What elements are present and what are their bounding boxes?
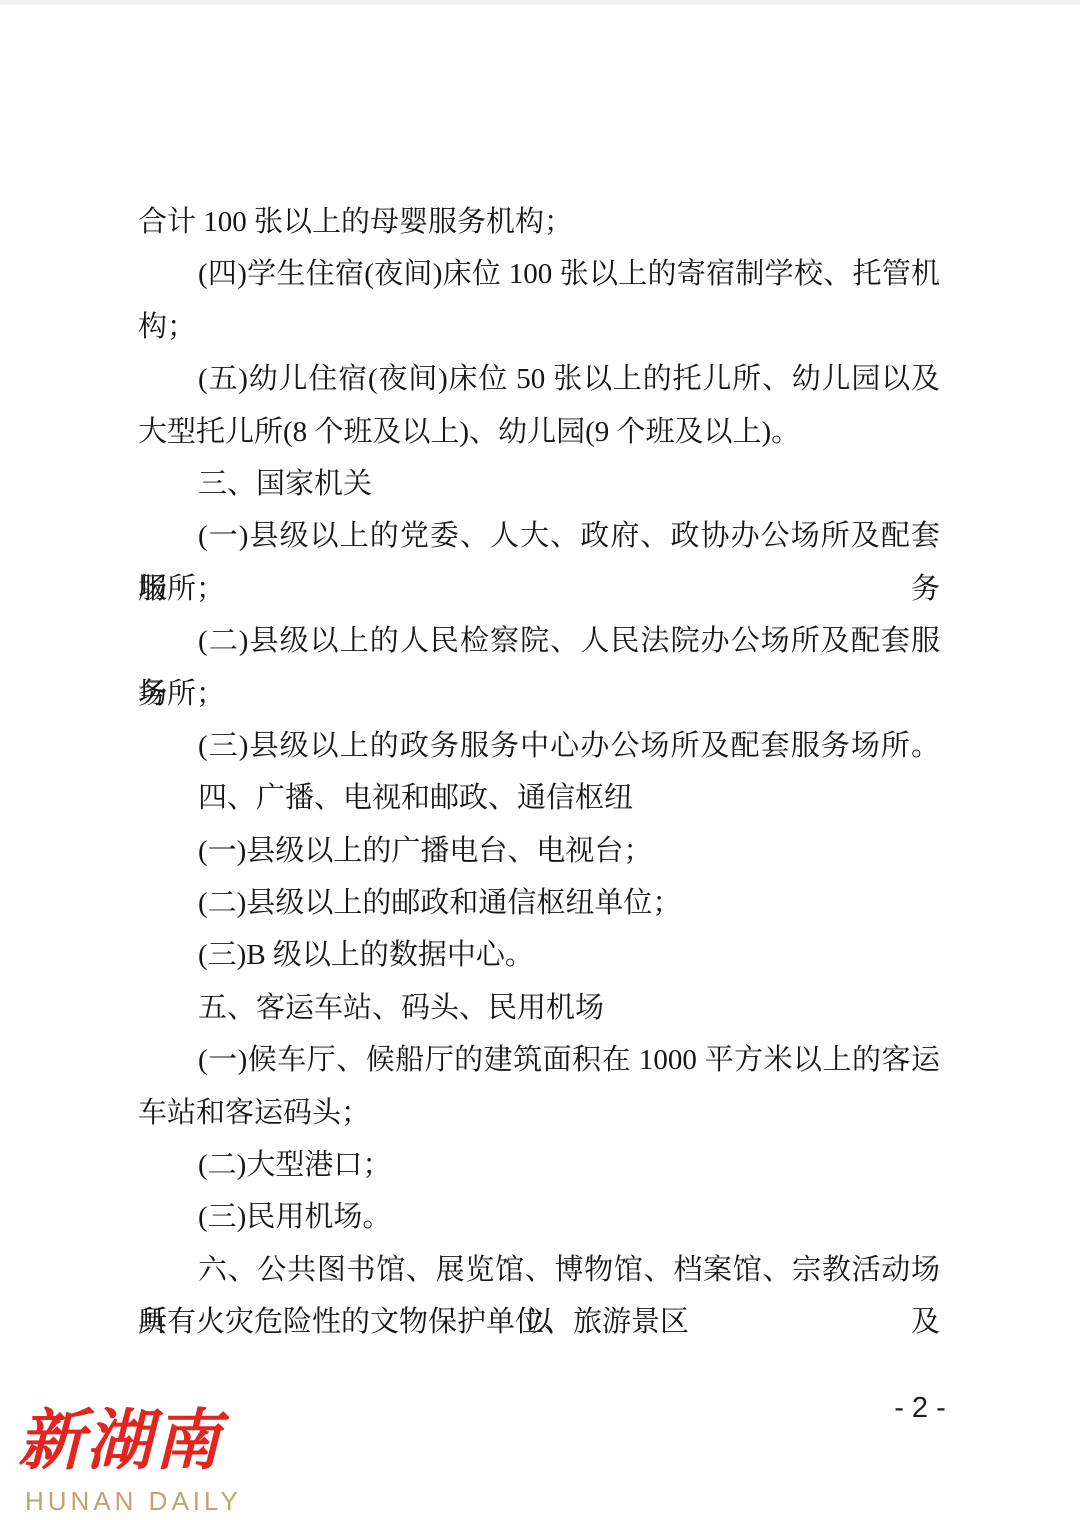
- text-line: (四)学生住宿(夜间)床位 100 张以上的寄宿制学校、托管机: [138, 248, 940, 300]
- text-line: 三、国家机关: [138, 458, 940, 510]
- text-line: 大型托儿所(8 个班及以上)、幼儿园(9 个班及以上)。: [138, 406, 940, 458]
- text-line: (一)候车厅、候船厅的建筑面积在 1000 平方米以上的客运: [138, 1034, 940, 1086]
- text-line: (三)县级以上的政务服务中心办公场所及配套服务场所。: [138, 720, 940, 772]
- hunan-daily-logo-subtitle: HUNAN DAILY: [25, 1486, 242, 1517]
- text-line: (一)县级以上的党委、人大、政府、政协办公场所及配套服务: [138, 510, 940, 562]
- text-line: 场所；: [138, 668, 940, 720]
- text-line: (三)B 级以上的数据中心。: [138, 929, 940, 981]
- page-top-strip: [0, 0, 1080, 5]
- hunan-daily-logo: 新湖南: [18, 1398, 278, 1486]
- text-line: 合计 100 张以上的母婴服务机构；: [138, 196, 940, 248]
- text-line: (五)幼儿住宿(夜间)床位 50 张以上的托儿所、幼儿园以及: [138, 353, 940, 405]
- text-line: (二)县级以上的人民检察院、人民法院办公场所及配套服务: [138, 615, 940, 667]
- text-line: (二)大型港口；: [138, 1139, 940, 1191]
- text-line: (二)县级以上的邮政和通信枢纽单位；: [138, 877, 940, 929]
- document-page: { "page": { "number_label": "- 2 -", "ba…: [0, 0, 1080, 1520]
- text-line: 六、公共图书馆、展览馆、博物馆、档案馆、宗教活动场所以及: [138, 1244, 940, 1296]
- text-line: (三)民用机场。: [138, 1191, 940, 1243]
- text-line: 构；: [138, 301, 940, 353]
- text-line: 四、广播、电视和邮政、通信枢纽: [138, 772, 940, 824]
- text-line: 五、客运车站、码头、民用机场: [138, 982, 940, 1034]
- page-number: - 2 -: [878, 1390, 962, 1426]
- text-line: (一)县级以上的广播电台、电视台；: [138, 825, 940, 877]
- document-text: 合计 100 张以上的母婴服务机构；(四)学生住宿(夜间)床位 100 张以上的…: [138, 196, 940, 1349]
- text-line: 车站和客运码头；: [138, 1087, 940, 1139]
